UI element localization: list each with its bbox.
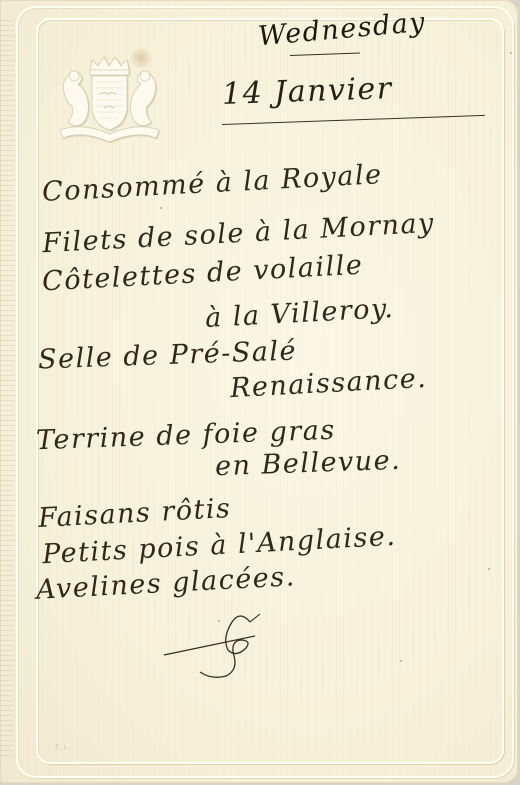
paper-speck — [488, 568, 490, 570]
menu-item-terrine-cont: en Bellevue. — [215, 445, 402, 482]
paper-speck — [218, 620, 220, 622]
menu-date: 14 Janvier — [221, 71, 393, 112]
deckled-edge — [0, 20, 14, 760]
paper-speck — [510, 52, 512, 54]
paper-speck — [400, 660, 402, 662]
paper-stain — [130, 48, 152, 68]
signature-flourish-icon — [160, 600, 280, 680]
menu-card: Wednesday 14 Janvier Consommé à la Royal… — [0, 0, 518, 783]
printer-mark: E.L. — [55, 743, 72, 751]
paper-speck — [160, 207, 162, 209]
